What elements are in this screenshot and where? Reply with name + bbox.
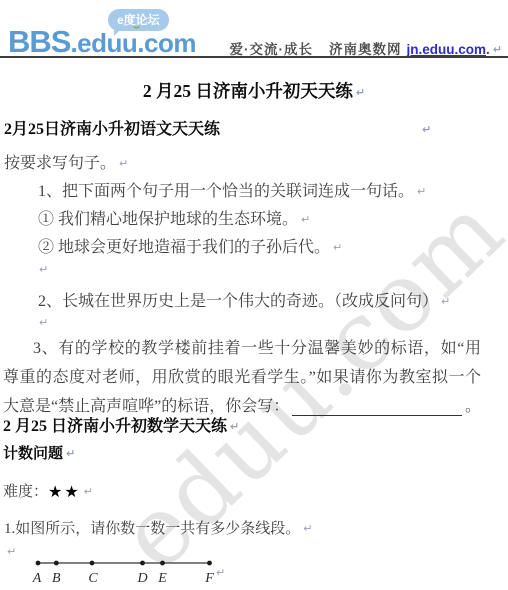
point-label-c: C: [88, 571, 98, 586]
leaf-accent-icon: ˘: [132, 24, 141, 45]
math-question-1: 1.如图所示，请你数一数一共有多少条线段。↵: [4, 517, 312, 538]
math-topic-text: 计数问题: [3, 446, 63, 462]
math-section-heading: 2 月25 日济南小升初数学天天练↵: [3, 413, 239, 436]
empty-line: ↵: [7, 543, 16, 561]
difficulty-label: 难度：: [3, 484, 48, 500]
point-dot-d: [140, 561, 145, 566]
q3-line-2: 尊重的态度对老师，用欣赏的眼光看学生。”如果请你为教室拟一个: [3, 363, 481, 392]
site-logo[interactable]: BBS.eduu.com: [8, 24, 196, 60]
point-label-a: A: [32, 571, 42, 586]
chinese-intro-line: 按要求写句子。↵: [4, 150, 128, 173]
paragraph-mark: ↵: [230, 420, 239, 433]
page-title: 2 月25 日济南小升初天天练↵: [0, 78, 508, 103]
slogan-text: 爱·交流·成长: [230, 42, 314, 57]
paragraph-mark: ↵: [417, 185, 426, 198]
point-label-d: D: [136, 571, 147, 586]
q1-sentence-1: ① 我们精心地保护地球的生态环境。↵: [38, 206, 310, 229]
q1-sentence-2-text: ② 地球会更好地造福于我们的子孙后代。: [38, 239, 330, 256]
math-heading-text: 2 月25 日济南小升初数学天天练: [3, 418, 227, 435]
paragraph-mark: ↵: [66, 447, 75, 460]
difficulty-stars: ★★: [48, 482, 81, 501]
site-link[interactable]: jn.eduu.com: [407, 42, 487, 57]
logo-com-text: .com: [137, 28, 196, 58]
paragraph-mark: ↵: [356, 86, 365, 99]
site-name: 济南奥数网: [329, 42, 402, 57]
point-label-e: E: [157, 571, 167, 586]
chinese-section-heading: 2月25日济南小升初语文天天练↵: [4, 116, 431, 139]
empty-line: ↵: [39, 314, 48, 332]
document-page: eduu.com BBS.eduu.com ˘ e度论坛 爱·交流·成长济南奥数…: [0, 0, 508, 590]
point-dot-a: [36, 561, 41, 566]
paragraph-mark: ↵: [333, 241, 342, 254]
logo-bbs-text: BBS: [8, 24, 70, 59]
paragraph-mark: ↵: [119, 157, 128, 170]
chinese-question-3: 3、有的学校的教学楼前挂着一些十分温馨美妙的标语，如“用 尊重的态度对老师，用欣…: [3, 334, 481, 421]
segment-diagram: A B C D E F: [28, 550, 228, 588]
paragraph-mark: ↵: [39, 316, 48, 329]
paragraph-mark: ↵: [84, 485, 93, 498]
paragraph-mark: ↵: [422, 123, 431, 136]
q3-line-1: 3、有的学校的教学楼前挂着一些十分温馨美妙的标语，如“用: [3, 334, 481, 363]
chinese-question-2: 2、长城在世界历史上是一个伟大的奇迹。（改成反问句）↵: [38, 288, 450, 311]
math-q1-text: 1.如图所示，请你数一数一共有多少条线段。: [4, 521, 300, 537]
link-suffix: .: [486, 42, 490, 57]
header-tagline: 爱·交流·成长济南奥数网jn.eduu.com.↵: [230, 38, 503, 58]
intro-text: 按要求写句子。: [4, 155, 116, 172]
paragraph-mark: ↵: [216, 566, 225, 579]
paragraph-mark: ↵: [39, 263, 48, 276]
paragraph-mark: ↵: [7, 545, 16, 558]
paragraph-mark: ↵: [441, 295, 450, 308]
math-topic: 计数问题↵: [3, 442, 75, 463]
chinese-heading-text: 2月25日济南小升初语文天天练: [4, 121, 220, 138]
point-dot-f: [207, 561, 212, 566]
paragraph-mark: ↵: [493, 43, 502, 56]
point-dot-c: [90, 561, 95, 566]
q3-line-3-period: 。: [465, 392, 481, 421]
chinese-question-1: 1、把下面两个句子用一个恰当的关联词连成一句话。↵: [38, 178, 426, 201]
point-dot-e: [160, 561, 165, 566]
point-label-f: F: [204, 571, 214, 586]
header-divider: [0, 56, 508, 58]
answer-blank[interactable]: [289, 392, 465, 421]
q2-text: 2、长城在世界历史上是一个伟大的奇迹。（改成反问句）: [38, 293, 438, 310]
page-title-text: 2 月25 日济南小升初天天练: [143, 81, 353, 101]
q1-sentence-2: ② 地球会更好地造福于我们的子孙后代。↵: [38, 234, 342, 257]
paragraph-mark: ↵: [301, 213, 310, 226]
difficulty-line: 难度：★★↵: [3, 480, 93, 501]
q1-sentence-1-text: ① 我们精心地保护地球的生态环境。: [38, 211, 298, 228]
point-label-b: B: [52, 571, 61, 586]
empty-line: ↵: [39, 261, 48, 279]
paragraph-mark: ↵: [303, 522, 312, 535]
point-dot-b: [54, 561, 59, 566]
q1-text: 1、把下面两个句子用一个恰当的关联词连成一句话。: [38, 183, 414, 200]
